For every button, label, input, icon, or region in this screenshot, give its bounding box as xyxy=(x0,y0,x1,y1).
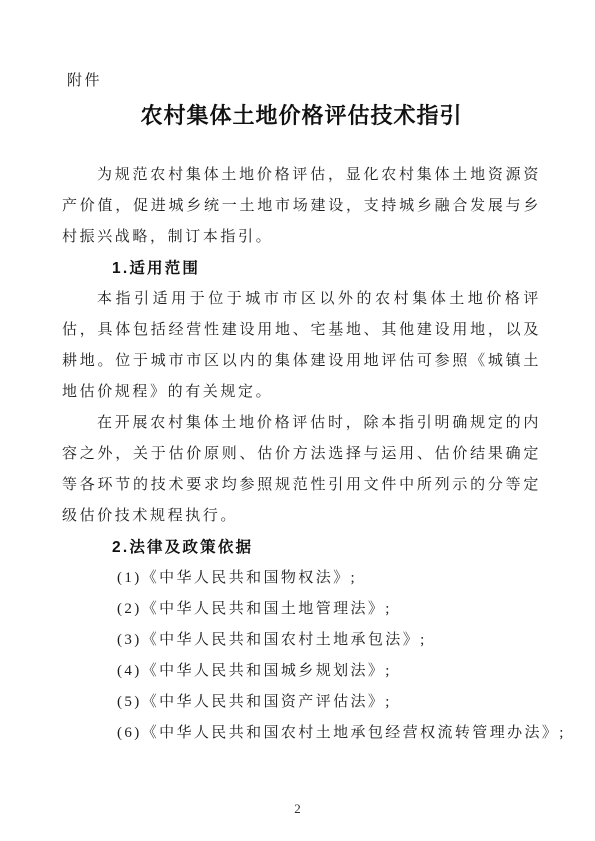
document-body: 附件 农村集体土地价格评估技术指引 为规范农村集体土地价格评估，显化农村集体土地… xyxy=(62,66,541,749)
attachment-label: 附件 xyxy=(67,66,541,97)
title-spacer xyxy=(62,135,541,160)
section-1-paragraph-1: 本指引适用于位于城市市区以外的农村集体土地价格评估，具体包括经营性建设用地、宅基… xyxy=(62,284,541,408)
section-1-heading: 1.适用范围 xyxy=(112,253,541,284)
legal-reference-list: (1)《中华人民共和国物权法》; (2)《中华人民共和国土地管理法》; (3)《… xyxy=(62,563,541,749)
legal-item-4: (4)《中华人民共和国城乡规划法》; xyxy=(117,656,541,687)
legal-item-6: (6)《中华人民共和国农村土地承包经营权流转管理办法》; xyxy=(117,718,541,749)
page-number: 2 xyxy=(0,801,595,817)
section-1-paragraph-2: 在开展农村集体土地价格评估时，除本指引明确规定的内容之外，关于估价原则、估价方法… xyxy=(62,408,541,532)
legal-item-5: (5)《中华人民共和国资产评估法》; xyxy=(117,687,541,718)
document-page: { "document": { "attachment_label": "附件"… xyxy=(0,0,595,841)
legal-item-2: (2)《中华人民共和国土地管理法》; xyxy=(117,594,541,625)
legal-item-3: (3)《中华人民共和国农村土地承包法》; xyxy=(117,625,541,656)
section-2-heading: 2.法律及政策依据 xyxy=(112,532,541,563)
intro-paragraph: 为规范农村集体土地价格评估，显化农村集体土地资源资产价值，促进城乡统一土地市场建… xyxy=(62,160,541,253)
legal-item-1: (1)《中华人民共和国物权法》; xyxy=(117,563,541,594)
document-title: 农村集体土地价格评估技术指引 xyxy=(62,97,541,135)
